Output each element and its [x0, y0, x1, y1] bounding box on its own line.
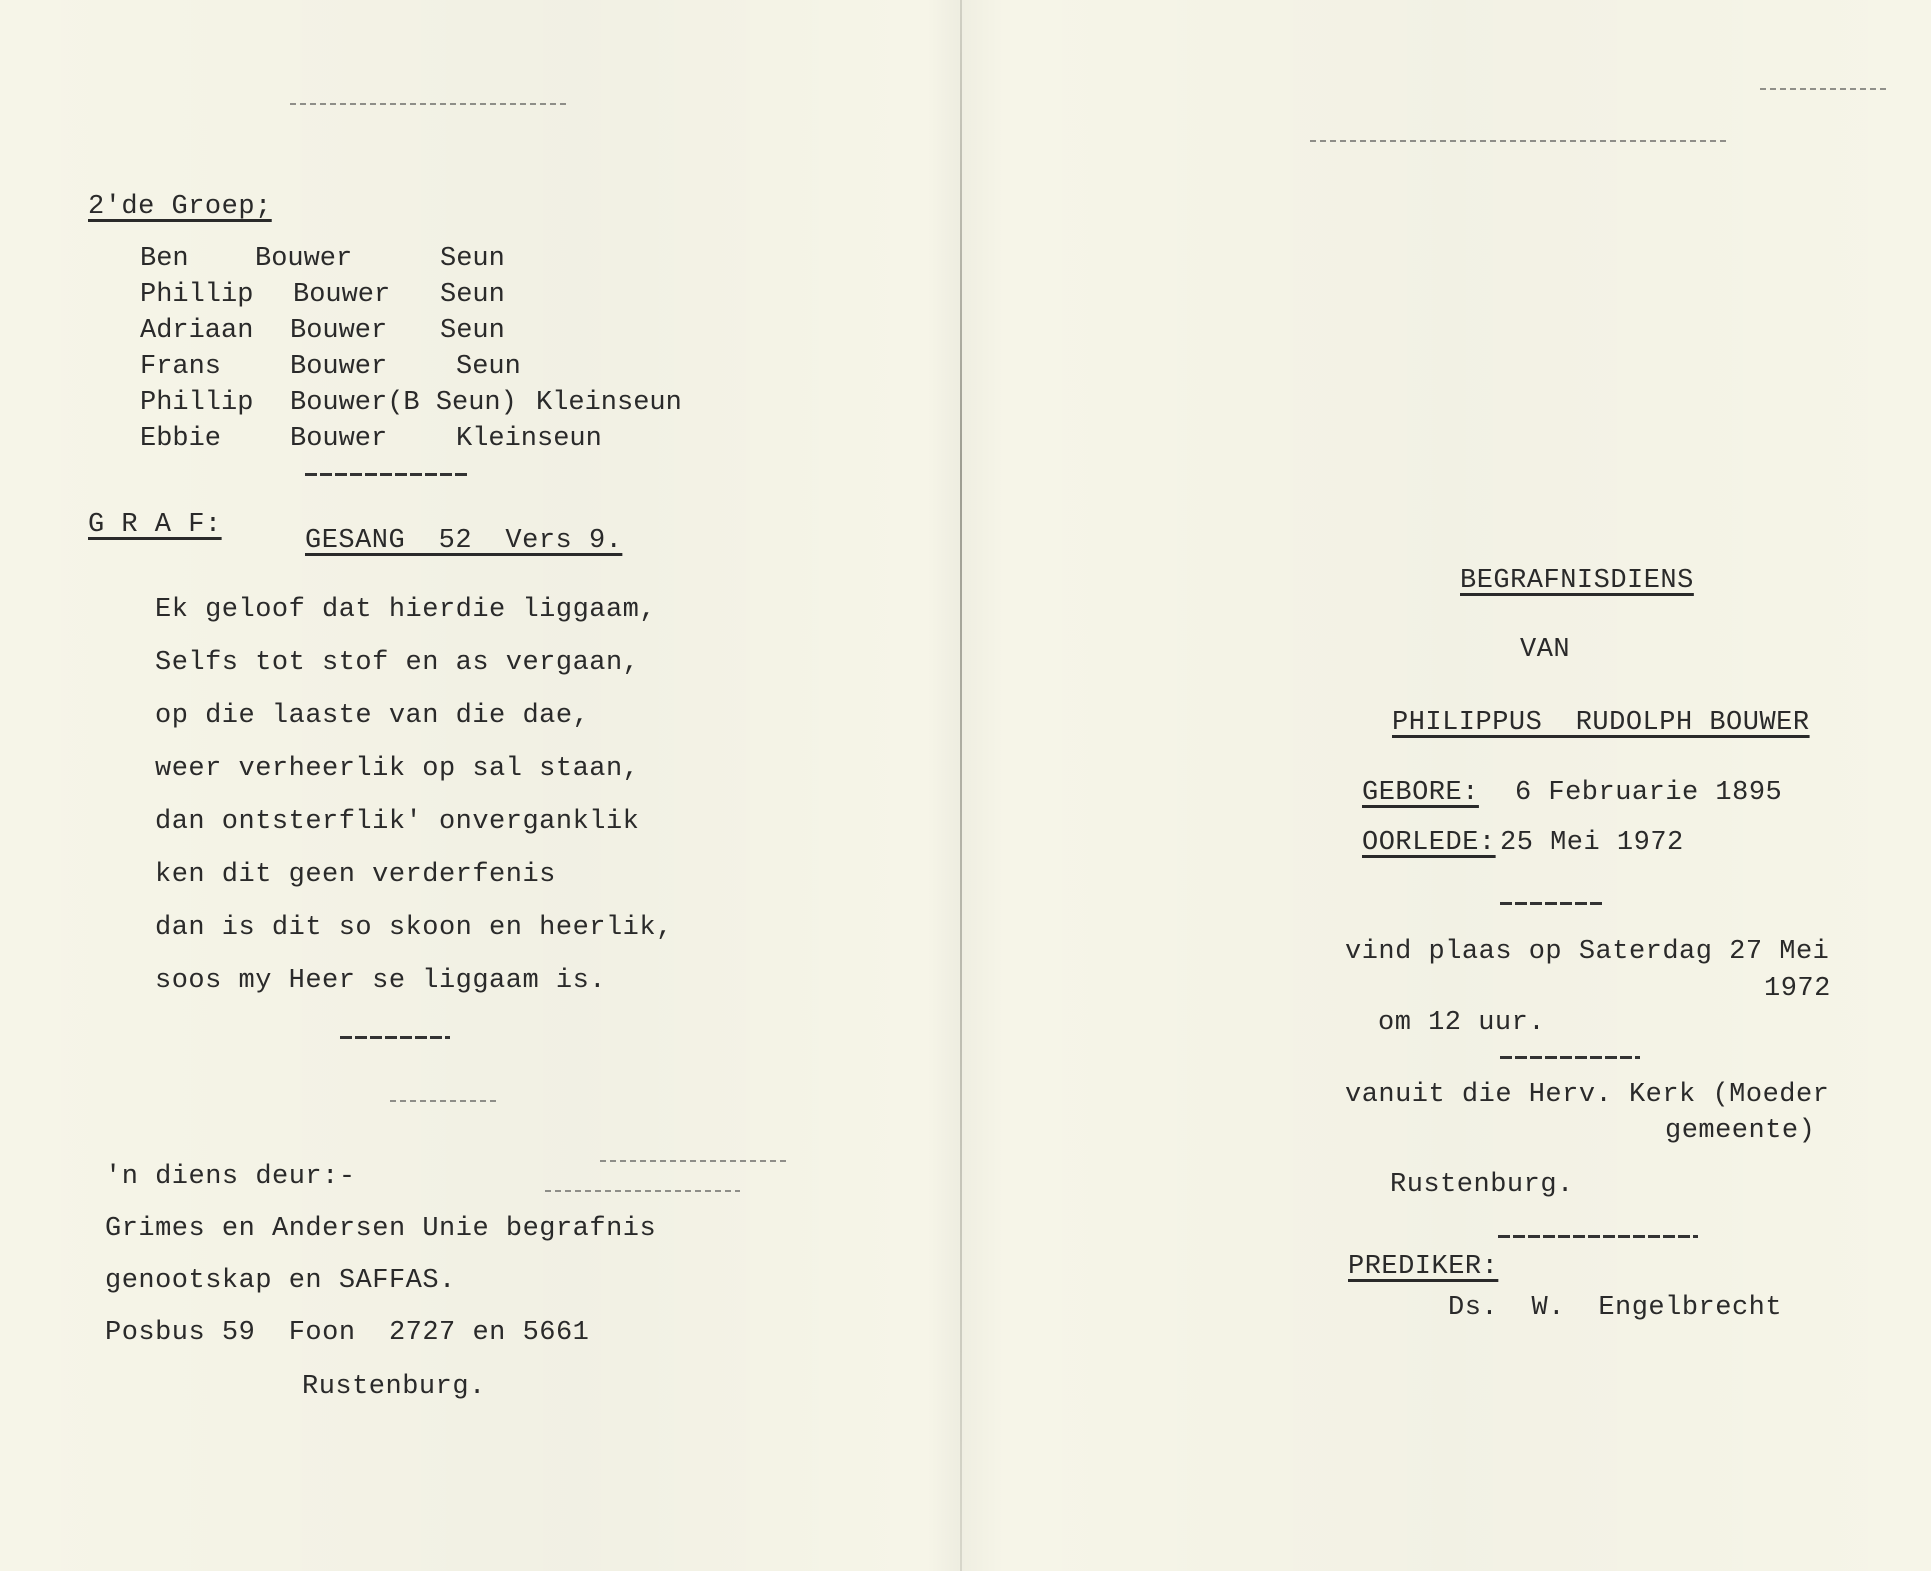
show-through-rule [600, 1160, 790, 1162]
show-through-rule [1310, 140, 1730, 142]
hymn-line: weer verheerlik op sal staan, [155, 754, 639, 784]
funeral-home-town: Rustenburg. [302, 1372, 486, 1402]
hymn-line: Ek geloof dat hierdie liggaam, [155, 595, 656, 625]
hymn-line: Selfs tot stof en as vergaan, [155, 648, 639, 678]
born-label: GEBORE: [1362, 778, 1479, 808]
pallbearer-last-name: Bouwer [293, 280, 390, 310]
graf-label: G R A F: [88, 510, 222, 540]
pallbearer-first-name: Phillip [140, 388, 253, 418]
section-divider [305, 473, 470, 476]
service-date-line: vind plaas op Saterdag 27 Mei [1345, 937, 1829, 967]
service-title-of: VAN [1520, 635, 1570, 665]
pallbearer-relation: Kleinseun [456, 424, 602, 454]
pallbearer-last-name: Bouwer [255, 244, 352, 274]
funeral-home-contact: Posbus 59 Foon 2727 en 5661 [105, 1318, 589, 1348]
pallbearer-last-name: Bouwer [290, 352, 387, 382]
group-heading: 2'de Groep; [88, 192, 272, 222]
pallbearer-last-name: Bouwer(B Seun) [290, 388, 517, 418]
pallbearer-first-name: Ben [140, 244, 189, 274]
deceased-name: PHILIPPUS RUDOLPH BOUWER [1392, 708, 1810, 738]
section-divider [1500, 902, 1605, 905]
pallbearer-first-name: Ebbie [140, 424, 221, 454]
service-location-line: gemeente) [1665, 1116, 1815, 1146]
pallbearer-first-name: Phillip [140, 280, 253, 310]
show-through-rule [390, 1100, 500, 1102]
show-through-rule [545, 1190, 740, 1192]
pallbearer-first-name: Frans [140, 352, 221, 382]
hymn-line: dan ontsterflik' onverganklik [155, 807, 639, 837]
pallbearer-last-name: Bouwer [290, 316, 387, 346]
pallbearer-relation: Kleinseun [536, 388, 682, 418]
pallbearer-relation: Seun [440, 280, 505, 310]
funeral-home-line: Grimes en Andersen Unie begrafnis [105, 1214, 656, 1244]
preacher-label: PREDIKER: [1348, 1252, 1498, 1282]
show-through-rule [1760, 88, 1890, 90]
show-through-rule [290, 103, 570, 105]
section-divider [340, 1036, 450, 1039]
section-divider [1500, 1056, 1640, 1059]
pallbearer-relation: Seun [440, 244, 505, 274]
hymn-title: GESANG 52 Vers 9. [305, 526, 622, 556]
service-town: Rustenburg. [1390, 1170, 1574, 1200]
pallbearer-relation: Seun [440, 316, 505, 346]
funeral-home-line: genootskap en SAFFAS. [105, 1266, 456, 1296]
pallbearer-relation: Seun [456, 352, 521, 382]
service-by-label: 'n diens deur:- [105, 1162, 356, 1192]
pallbearer-last-name: Bouwer [290, 424, 387, 454]
pallbearer-row: Ebbie Bouwer Kleinseun [140, 424, 237, 574]
born-date: 6 Februarie 1895 [1515, 778, 1782, 808]
preacher-name: Ds. W. Engelbrecht [1448, 1293, 1782, 1323]
hymn-line: soos my Heer se liggaam is. [155, 966, 606, 996]
section-divider [1498, 1235, 1698, 1238]
service-location-line: vanuit die Herv. Kerk (Moeder [1345, 1080, 1829, 1110]
service-title: BEGRAFNISDIENS [1460, 566, 1694, 596]
hymn-line: op die laaste van die dae, [155, 701, 589, 731]
service-year: 1972 [1764, 974, 1831, 1004]
service-time: om 12 uur. [1378, 1008, 1545, 1038]
hymn-line: ken dit geen verderfenis [155, 860, 556, 890]
died-date: 25 Mei 1972 [1500, 828, 1684, 858]
center-fold-crease [960, 0, 962, 1571]
died-label: OORLEDE: [1362, 828, 1496, 858]
hymn-line: dan is dit so skoon en heerlik, [155, 913, 673, 943]
pallbearer-first-name: Adriaan [140, 316, 253, 346]
